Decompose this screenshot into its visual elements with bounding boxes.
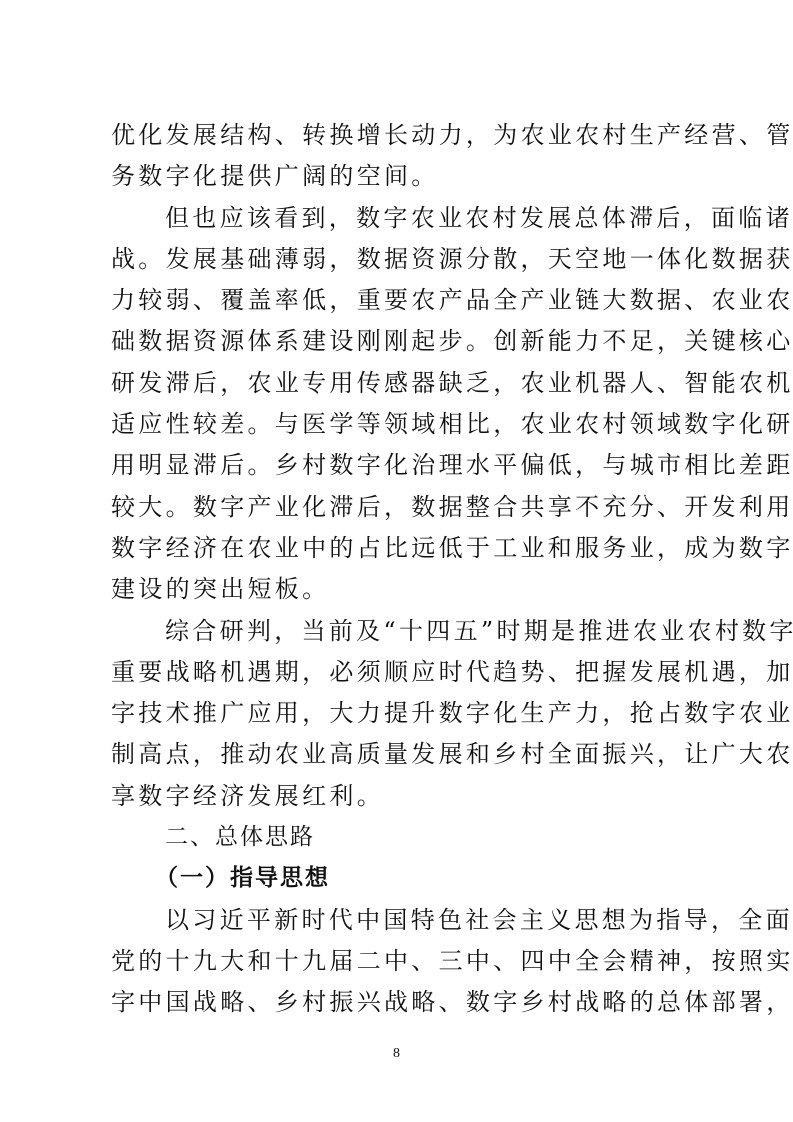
body-text: 优化发展结构、转换增长动力，为农业农村生产经营、管理服 务数字化提供广阔的空间。… bbox=[111, 115, 687, 1024]
paragraph-1-line-1: 优化发展结构、转换增长动力，为农业农村生产经营、管理服 bbox=[111, 115, 687, 156]
paragraph-2-line-6: 适应性较差。与医学等领域相比，农业农村领域数字化研究应 bbox=[111, 404, 687, 445]
paragraph-3-line-5: 享数字经济发展红利。 bbox=[111, 776, 687, 817]
paragraph-2-line-8: 较大。数字产业化滞后，数据整合共享不充分、开发利用不足， bbox=[111, 487, 687, 528]
paragraph-3-line-2: 重要战略机遇期，必须顺应时代趋势、把握发展机遇，加快数 bbox=[111, 652, 687, 693]
paragraph-2-line-4: 础数据资源体系建设刚刚起步。创新能力不足，关键核心技术 bbox=[111, 321, 687, 362]
page-number: 8 bbox=[0, 1046, 793, 1062]
paragraph-2-line-2: 战。发展基础薄弱，数据资源分散，天空地一体化数据获取能 bbox=[111, 239, 687, 280]
section-heading: 二、总体思路 bbox=[111, 817, 687, 858]
subsection-heading: （一）指导思想 bbox=[111, 858, 687, 899]
paragraph-3-line-1: 综合研判，当前及“十四五”时期是推进农业农村数字化的 bbox=[111, 611, 687, 652]
paragraph-1-line-2: 务数字化提供广阔的空间。 bbox=[111, 156, 687, 197]
paragraph-2-line-1: 但也应该看到，数字农业农村发展总体滞后，面临诸多挑 bbox=[111, 198, 687, 239]
paragraph-4-line-2: 党的十九大和十九届二中、三中、四中全会精神，按照实施数 bbox=[111, 941, 687, 982]
paragraph-2-line-7: 用明显滞后。乡村数字化治理水平偏低，与城市相比差距仍然 bbox=[111, 445, 687, 486]
paragraph-2-line-9: 数字经济在农业中的占比远低于工业和服务业，成为数字中国 bbox=[111, 528, 687, 569]
paragraph-3-line-4: 制高点，推动农业高质量发展和乡村全面振兴，让广大农民共 bbox=[111, 734, 687, 775]
paragraph-2-line-5: 研发滞后，农业专用传感器缺乏，农业机器人、智能农机装备 bbox=[111, 363, 687, 404]
document-page: 优化发展结构、转换增长动力，为农业农村生产经营、管理服 务数字化提供广阔的空间。… bbox=[0, 0, 793, 1122]
paragraph-4-line-3: 字中国战略、乡村振兴战略、数字乡村战略的总体部署，以产 bbox=[111, 982, 687, 1023]
paragraph-2-line-10: 建设的突出短板。 bbox=[111, 569, 687, 610]
paragraph-4-line-1: 以习近平新时代中国特色社会主义思想为指导，全面贯彻 bbox=[111, 900, 687, 941]
paragraph-2-line-3: 力较弱、覆盖率低，重要农产品全产业链大数据、农业农村基 bbox=[111, 280, 687, 321]
paragraph-3-line-3: 字技术推广应用，大力提升数字化生产力，抢占数字农业农村 bbox=[111, 693, 687, 734]
